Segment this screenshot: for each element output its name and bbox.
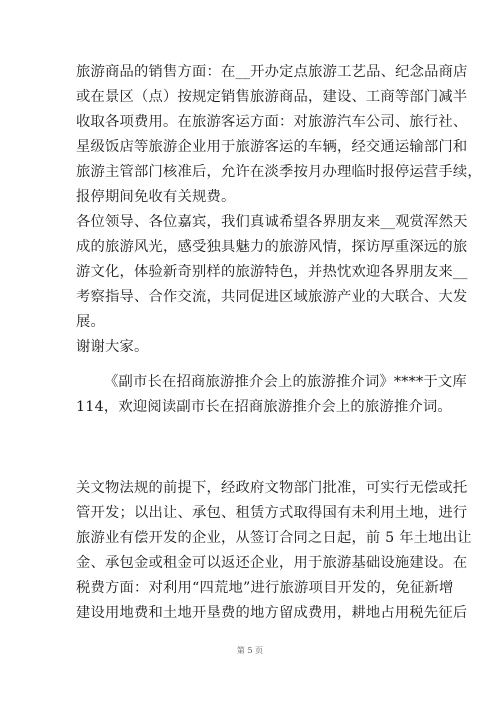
text-line: 旅游主管部门核准后，允许在淡季按月办理临时报停运营手续，	[76, 160, 426, 185]
document-page: 旅游商品的销售方面：在__开办定点旅游工艺品、纪念品商店 或在景区（点）按规定销…	[0, 0, 500, 708]
text-line: 展。	[76, 310, 426, 335]
text-line: 星级饭店等旅游企业用于旅游客运的车辆，经交通运输部门和	[76, 135, 426, 160]
source-note-title-line: 《副市长在招商旅游推介会上的旅游推介词》****于文库	[76, 370, 426, 395]
text-line: 考察指导、合作交流，共同促进区域旅游产业的大联合、大发	[76, 285, 426, 310]
page-number: 第 5 页	[0, 645, 500, 656]
text-line: 游文化，体验新奇别样的旅游特色，并热忱欢迎各界朋友来__	[76, 260, 426, 285]
text-line: 关文物法规的前提下，经政府文物部门批准，可实行无偿或托	[76, 476, 426, 501]
text-line: 旅游商品的销售方面：在__开办定点旅游工艺品、纪念品商店	[76, 60, 426, 85]
text-line: 管开发；以出让、承包、租赁方式取得国有未利用土地，进行	[76, 501, 426, 526]
text-line: 旅游业有偿开发的企业，从签订合同之日起，前 5 年土地出让	[76, 526, 426, 551]
text-line: 税费方面：对利用“四荒地”进行旅游项目开发的，免征新增	[76, 576, 426, 601]
source-note-line: 114，欢迎阅读副市长在招商旅游推介会上的旅游推介词。	[76, 395, 426, 420]
section-tourism-policy: 旅游商品的销售方面：在__开办定点旅游工艺品、纪念品商店 或在景区（点）按规定销…	[76, 60, 426, 360]
text-line: 各位领导、各位嘉宾，我们真诚希望各界朋友来__观赏浑然天	[76, 210, 426, 235]
text-line: 金、承包金或租金可以返还企业，用于旅游基础设施建设。在	[76, 551, 426, 576]
text-line: 建设用地费和土地开垦费的地方留成费用，耕地占用税先征后	[76, 601, 426, 626]
text-line: 谢谢大家。	[76, 335, 426, 360]
text-line: 报停期间免收有关规费。	[76, 185, 426, 210]
section-land-and-tax: 关文物法规的前提下，经政府文物部门批准，可实行无偿或托 管开发；以出让、承包、租…	[76, 476, 426, 626]
text-line: 收取各项费用。在旅游客运方面：对旅游汽车公司、旅行社、	[76, 110, 426, 135]
text-line: 或在景区（点）按规定销售旅游商品，建设、工商等部门减半	[76, 85, 426, 110]
source-note: 《副市长在招商旅游推介会上的旅游推介词》****于文库 114，欢迎阅读副市长在…	[76, 370, 426, 420]
text-line: 成的旅游风光，感受独具魅力的旅游风情，探访厚重深远的旅	[76, 235, 426, 260]
